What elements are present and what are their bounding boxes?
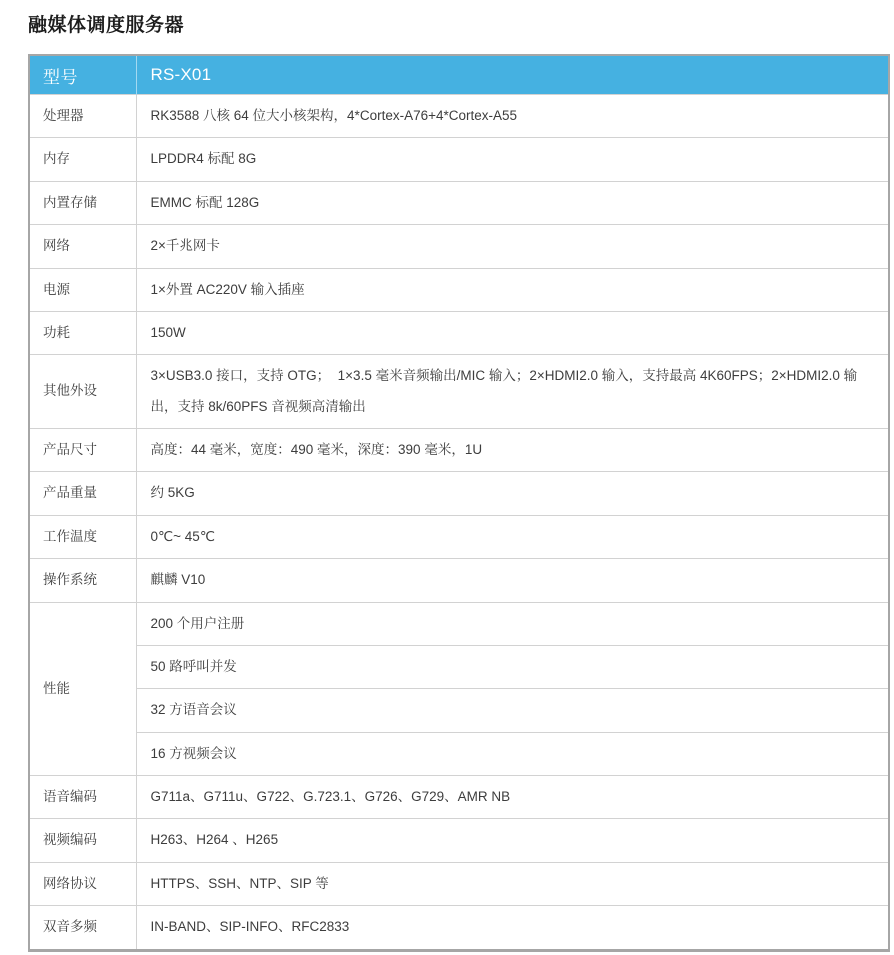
table-row: 其他外设3×USB3.0 接口，支持 OTG； 1×3.5 毫米音频输出/MIC… <box>29 355 889 429</box>
spec-label: 产品重量 <box>29 472 136 515</box>
table-row: 内置存储EMMC 标配 128G <box>29 181 889 224</box>
spec-label: 工作温度 <box>29 515 136 558</box>
spec-value: IN-BAND、SIP-INFO、RFC2833 <box>136 906 889 950</box>
table-row: 操作系统麒麟 V10 <box>29 559 889 602</box>
table-row: 网络2×千兆网卡 <box>29 225 889 268</box>
spec-label: 电源 <box>29 268 136 311</box>
spec-value: RK3588 八核 64 位大小核架构，4*Cortex-A76+4*Corte… <box>136 95 889 138</box>
header-row: 型号 RS-X01 <box>29 55 889 95</box>
spec-value: G711a、G711u、G722、G.723.1、G726、G729、AMR N… <box>136 776 889 819</box>
spec-label: 内存 <box>29 138 136 181</box>
spec-label: 其他外设 <box>29 355 136 429</box>
spec-label: 内置存储 <box>29 181 136 224</box>
spec-value: 0℃~ 45℃ <box>136 515 889 558</box>
table-row: 网络协议HTTPS、SSH、NTP、SIP 等 <box>29 862 889 905</box>
model-header-label: 型号 <box>29 55 136 95</box>
spec-value: 150W <box>136 311 889 354</box>
spec-value: 高度：44 毫米，宽度：490 毫米，深度：390 毫米，1U <box>136 429 889 472</box>
spec-value: 1×外置 AC220V 输入插座 <box>136 268 889 311</box>
spec-table-header: 型号 RS-X01 <box>29 55 889 95</box>
spec-label: 网络 <box>29 225 136 268</box>
spec-table-body: 处理器RK3588 八核 64 位大小核架构，4*Cortex-A76+4*Co… <box>29 95 889 951</box>
spec-value: LPDDR4 标配 8G <box>136 138 889 181</box>
spec-value: 50 路呼叫并发 <box>136 645 889 688</box>
table-row: 性能200 个用户注册 <box>29 602 889 645</box>
spec-label: 语音编码 <box>29 776 136 819</box>
spec-value: 3×USB3.0 接口，支持 OTG； 1×3.5 毫米音频输出/MIC 输入；… <box>136 355 889 429</box>
table-row: 视频编码H263、H264 、H265 <box>29 819 889 862</box>
spec-label: 处理器 <box>29 95 136 138</box>
spec-value: 2×千兆网卡 <box>136 225 889 268</box>
table-row: 产品尺寸高度：44 毫米，宽度：490 毫米，深度：390 毫米，1U <box>29 429 889 472</box>
spec-label: 性能 <box>29 602 136 776</box>
table-row: 工作温度0℃~ 45℃ <box>29 515 889 558</box>
spec-value: 16 方视频会议 <box>136 732 889 775</box>
table-row: 50 路呼叫并发 <box>29 645 889 688</box>
spec-value: 麒麟 V10 <box>136 559 889 602</box>
spec-label: 功耗 <box>29 311 136 354</box>
table-row: 内存LPDDR4 标配 8G <box>29 138 889 181</box>
spec-value: 32 方语音会议 <box>136 689 889 732</box>
spec-label: 产品尺寸 <box>29 429 136 472</box>
spec-label: 双音多频 <box>29 906 136 950</box>
page: 融媒体调度服务器 型号 RS-X01 处理器RK3588 八核 64 位大小核架… <box>0 0 894 955</box>
table-row: 电源1×外置 AC220V 输入插座 <box>29 268 889 311</box>
spec-value: EMMC 标配 128G <box>136 181 889 224</box>
spec-label: 网络协议 <box>29 862 136 905</box>
model-header-value: RS-X01 <box>136 55 889 95</box>
spec-value: 200 个用户注册 <box>136 602 889 645</box>
table-row: 16 方视频会议 <box>29 732 889 775</box>
spec-label: 视频编码 <box>29 819 136 862</box>
table-row: 功耗150W <box>29 311 889 354</box>
table-row: 产品重量约 5KG <box>29 472 889 515</box>
page-title: 融媒体调度服务器 <box>28 10 890 37</box>
spec-table: 型号 RS-X01 处理器RK3588 八核 64 位大小核架构，4*Corte… <box>28 54 890 952</box>
spec-value: H263、H264 、H265 <box>136 819 889 862</box>
table-row: 双音多频IN-BAND、SIP-INFO、RFC2833 <box>29 906 889 950</box>
table-row: 32 方语音会议 <box>29 689 889 732</box>
table-row: 语音编码G711a、G711u、G722、G.723.1、G726、G729、A… <box>29 776 889 819</box>
spec-value: 约 5KG <box>136 472 889 515</box>
spec-value: HTTPS、SSH、NTP、SIP 等 <box>136 862 889 905</box>
table-row: 处理器RK3588 八核 64 位大小核架构，4*Cortex-A76+4*Co… <box>29 95 889 138</box>
spec-label: 操作系统 <box>29 559 136 602</box>
